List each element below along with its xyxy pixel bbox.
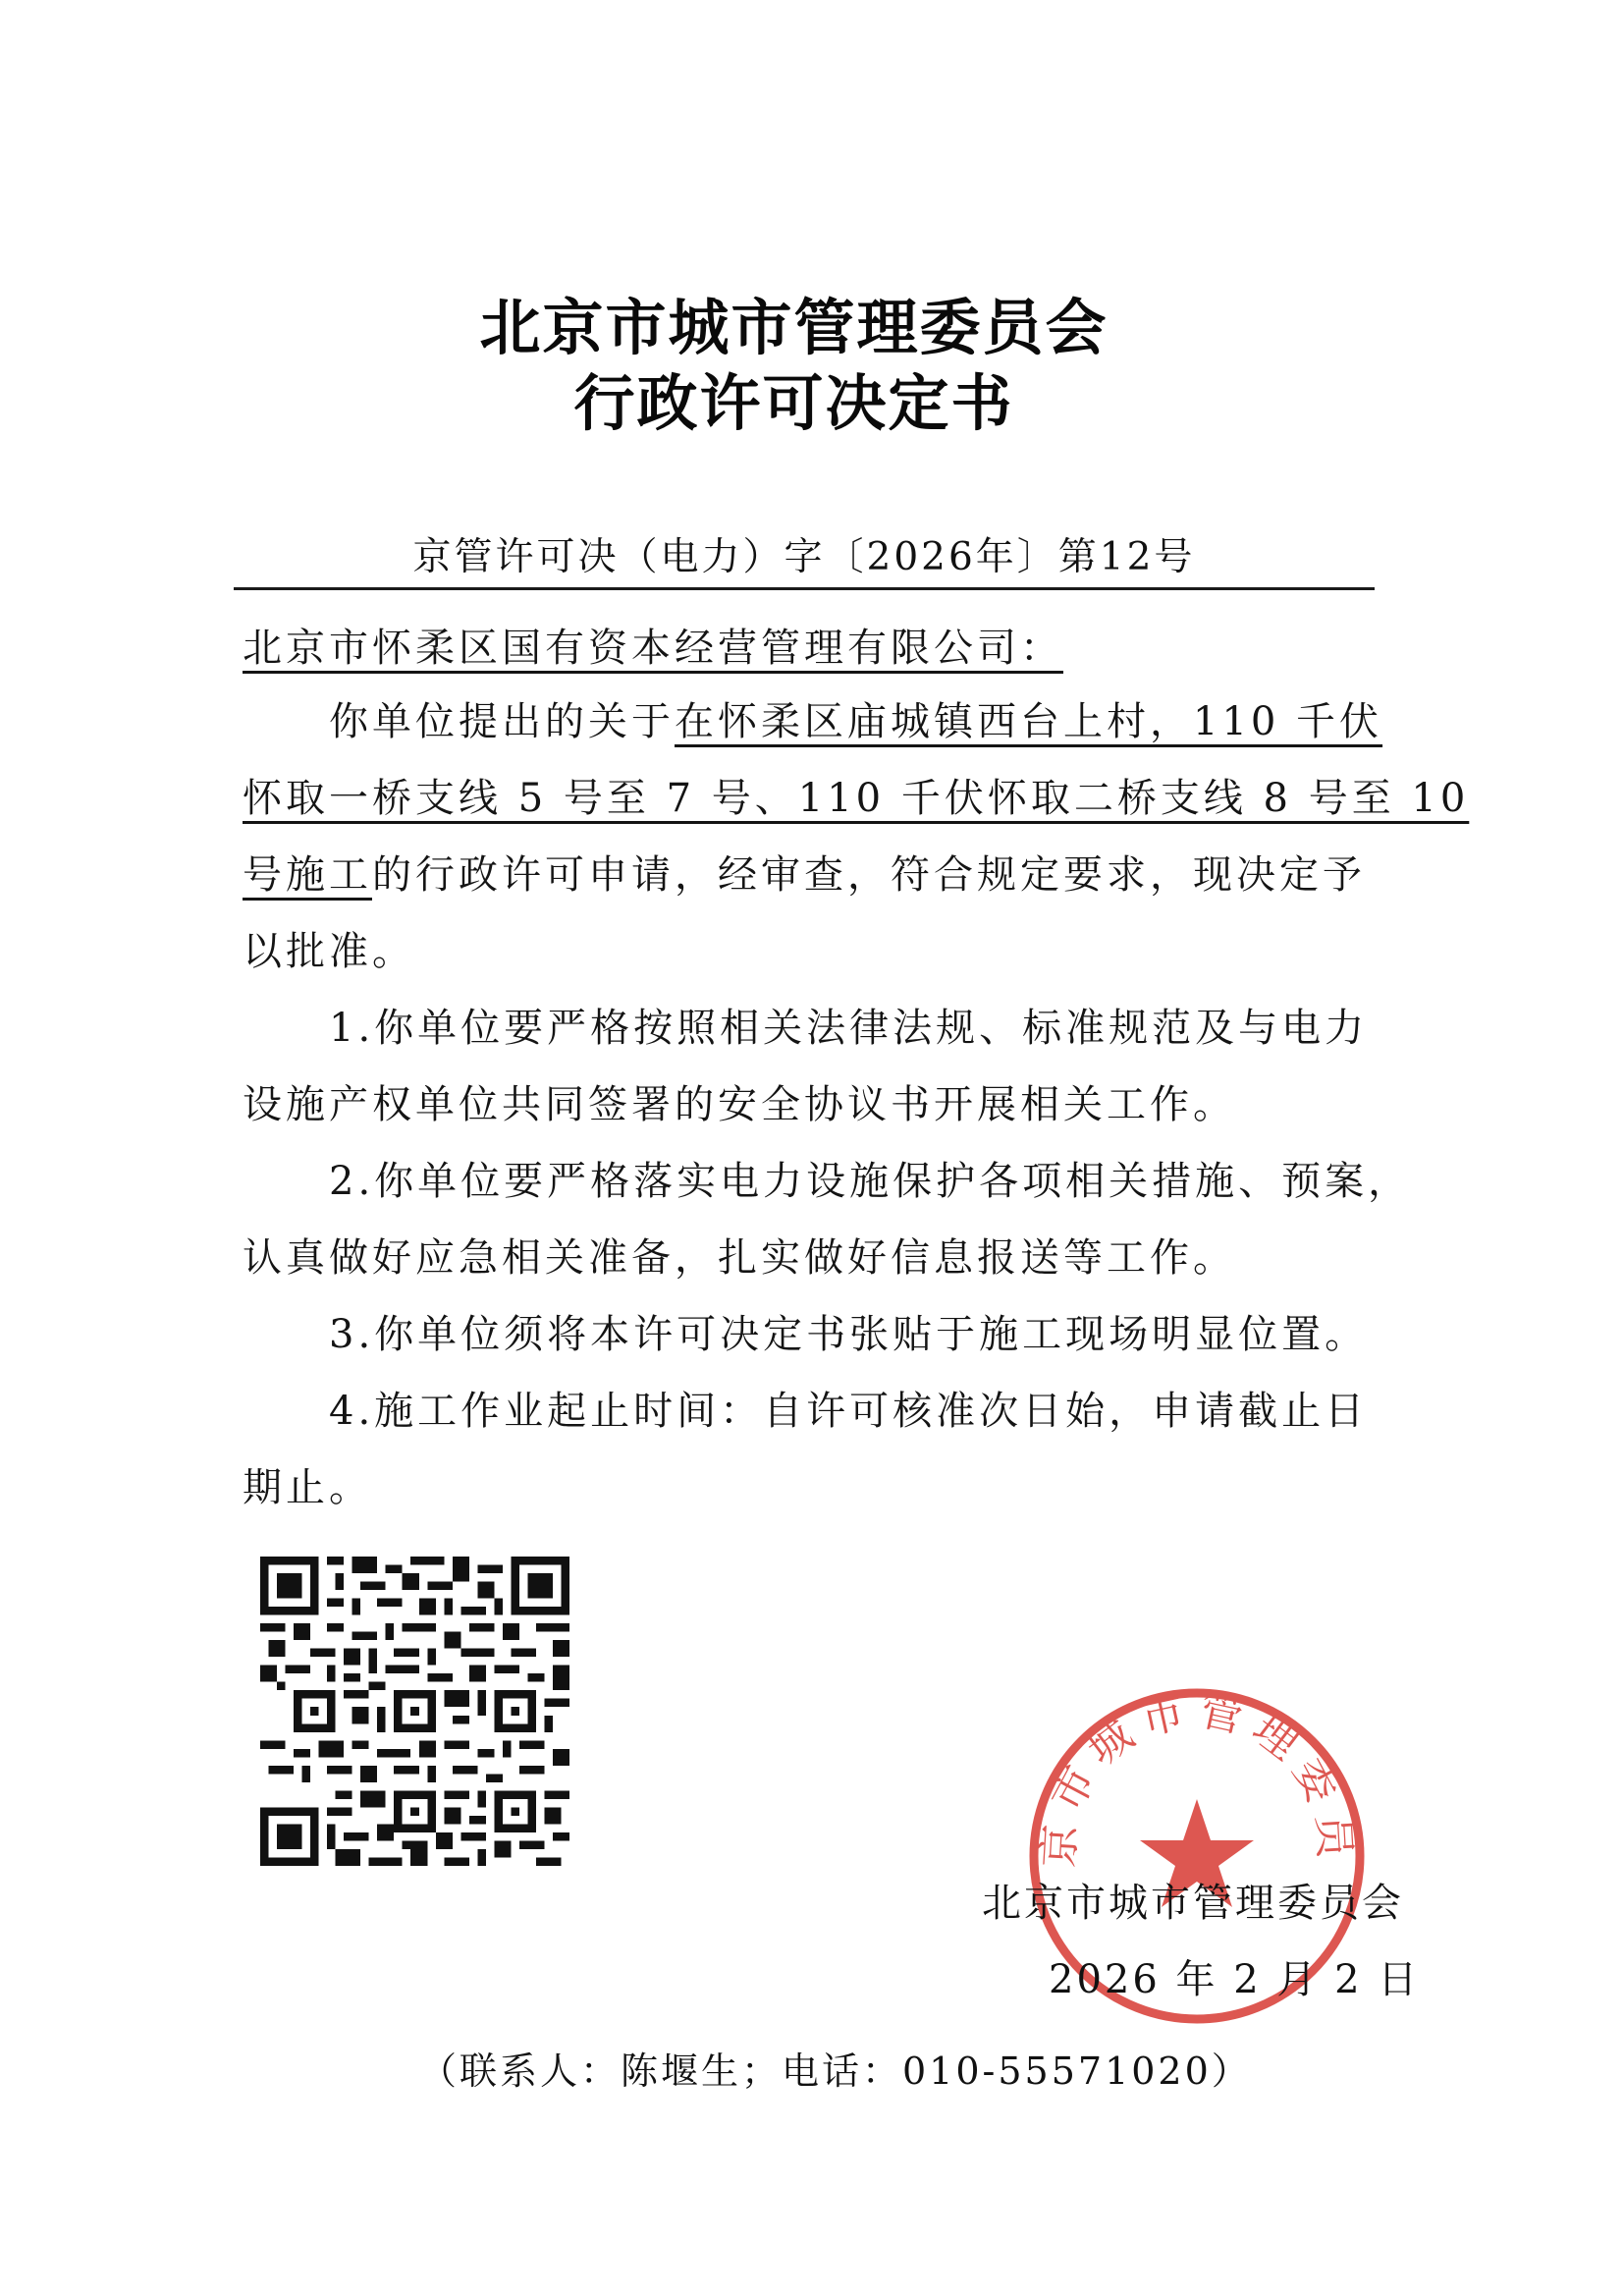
document-title-line1: 北京市城市管理委员会 <box>0 298 1588 358</box>
item-4-line-2: 期止。 <box>243 1468 372 1507</box>
document-title-line2: 行政许可决定书 <box>0 373 1588 434</box>
item-1-line-2: 设施产权单位共同签署的安全协议书开展相关工作。 <box>243 1085 1236 1124</box>
paragraph-1-decision: 的行政许可申请，经审查，符合规定要求，现决定予 <box>372 852 1366 898</box>
item-4-line-1: 4.施工作业起止时间：自许可核准次日始，申请截止日 <box>329 1392 1368 1431</box>
document-number-divider <box>234 587 1375 590</box>
paragraph-1-prefix: 你单位提出的关于 <box>329 699 675 744</box>
contact-info: （联系人：陈堰生；电话：010-55571020） <box>419 2052 1252 2090</box>
paragraph-1-location: 在怀柔区庙城镇西台上村，110 千伏 <box>675 699 1382 744</box>
paragraph-1-line-4: 以批准。 <box>243 932 415 971</box>
item-3-line-1: 3.你单位须将本许可决定书张贴于施工现场明显位置。 <box>329 1315 1368 1354</box>
recipient: 北京市怀柔区国有资本经营管理有限公司： <box>243 629 1063 668</box>
paragraph-1-work: 号施工 <box>243 852 372 898</box>
item-1-line-1: 1.你单位要严格按照相关法律法规、标准规范及与电力 <box>329 1009 1368 1048</box>
paragraph-1-line-2: 怀取一桥支线 5 号至 7 号、110 千伏怀取二桥支线 8 号至 10 <box>243 779 1469 818</box>
document-number: 京管许可决（电力）字〔2026年〕第12号 <box>234 538 1375 576</box>
issue-date: 2026 年 2 月 2 日 <box>1049 1960 1420 1999</box>
item-2-line-2: 认真做好应急相关准备，扎实做好信息报送等工作。 <box>243 1238 1236 1278</box>
issuer-signature: 北京市城市管理委员会 <box>982 1884 1404 1923</box>
paragraph-1-line-3: 号施工的行政许可申请，经审查，符合规定要求，现决定予 <box>243 855 1366 895</box>
paragraph-1-line-1: 你单位提出的关于在怀柔区庙城镇西台上村，110 千伏 <box>329 702 1382 741</box>
item-2-line-1: 2.你单位要严格落实电力设施保护各项相关措施、预案， <box>329 1162 1411 1201</box>
qr-code-icon[interactable] <box>260 1557 569 1866</box>
